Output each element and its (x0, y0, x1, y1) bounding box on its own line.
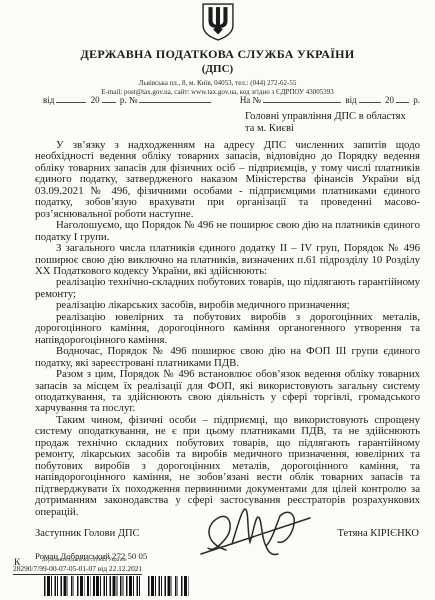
paragraph: У зв’язку з надходженням на адресу ДПС ч… (35, 140, 420, 220)
scanned-letter-page: ДЕРЖАВНА ПОДАТКОВА СЛУЖБА УКРАЇНИ (ДПС) … (0, 0, 435, 600)
ref-on-number-label: На № (240, 95, 261, 105)
paragraph: Разом з цим, Порядок № 496 встановлює об… (35, 369, 420, 415)
ukraine-trident-emblem-icon (0, 3, 435, 46)
barcode (148, 576, 189, 596)
paragraph: З загального числа платників єдиного дод… (35, 243, 420, 277)
blank-field (56, 93, 86, 103)
blank-field (359, 93, 381, 103)
handwritten-signature-icon (198, 504, 313, 569)
reference-number-row: від 20 р. № На № від 20 р. (43, 93, 420, 105)
ref-number-label: р. № (120, 95, 138, 105)
blank-field (263, 93, 341, 103)
recipient-block: Головні управління ДПС в областях та м. … (245, 111, 406, 135)
ref-year-label: 20 (91, 95, 100, 105)
ref-from-label: від (43, 95, 54, 105)
blank-field (139, 93, 211, 103)
ref-from-label: від (345, 95, 356, 105)
paragraph: реалізацію технічно-складних побутових т… (35, 277, 420, 300)
paragraph: реалізацію ювелірних та побутових виробі… (35, 312, 420, 346)
stamp-org-line: Державна податкова служба України (42, 558, 127, 563)
ref-year-label: 20 (385, 95, 394, 105)
barcode (44, 576, 141, 596)
outgoing-ref-fields: від 20 р. № (43, 93, 213, 105)
ref-year-suffix-label: р. (413, 95, 420, 105)
recipient-line: та м. Києві (245, 123, 406, 135)
org-address-line: Львівська пл., 8, м. Київ, 04053, тел.: … (0, 79, 435, 87)
letterhead: ДЕРЖАВНА ПОДАТКОВА СЛУЖБА УКРАЇНИ (ДПС) … (0, 0, 435, 96)
signer-name: Тетяна КІРІЄНКО (337, 528, 419, 539)
blank-field (102, 93, 116, 103)
paragraph: Наголошуємо, що Порядок № 496 не поширює… (35, 220, 420, 243)
paragraph: Водночас, Порядок № 496 поширює свою дію… (35, 346, 420, 369)
recipient-line: Головні управління ДПС в областях (245, 111, 406, 123)
letter-body: У зв’язку з надходженням на адресу ДПС ч… (35, 140, 420, 518)
org-abbreviation: (ДПС) (0, 63, 435, 75)
stamp-ref-number: 28290/7/99-00-07-05-01-07 від 22.12.2021 (13, 564, 142, 575)
incoming-ref-fields: На № від 20 р. (240, 93, 420, 105)
blank-field (396, 93, 409, 103)
signer-position: Заступник Голови ДПС (35, 528, 140, 539)
org-name: ДЕРЖАВНА ПОДАТКОВА СЛУЖБА УКРАЇНИ (0, 47, 435, 62)
paragraph: Таким чином, фізичні особи – підприємці,… (35, 415, 420, 518)
